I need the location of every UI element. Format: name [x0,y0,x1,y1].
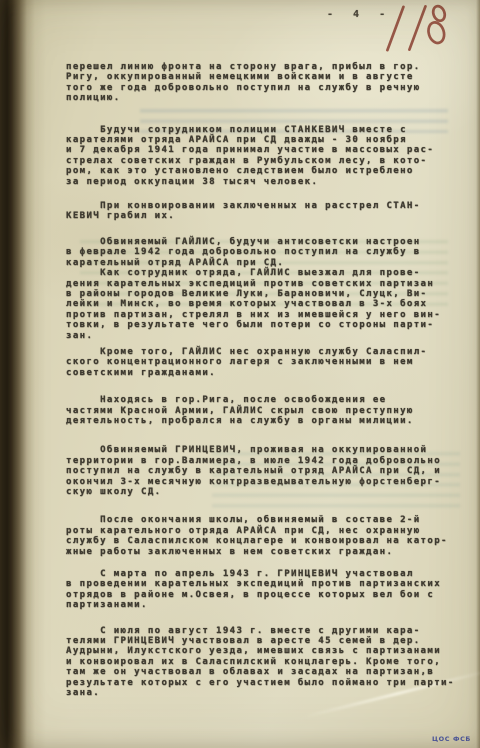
paragraph-8: Обвиняемый ГРИНЦЕВИЧ, проживая на оккупи… [66,445,471,497]
handwritten-page-number: 118 [375,0,459,60]
paragraph-7: Находясь в гор.Рига, после освобождения … [66,395,471,426]
paragraph-9: После окончания школы, обвиняемый в сост… [66,515,471,557]
paragraph-1: перешел линию фронта на сторону врага, п… [66,62,471,104]
archive-stamp: ЦОС ФСБ [432,735,471,743]
paragraph-6: Кроме того, ГАЙЛИС нес охранную службу С… [66,347,471,378]
document-body: перешел линию фронта на сторону врага, п… [66,62,471,699]
paragraph-2: Будучи сотрудником полиции СТАНКЕВИЧ вме… [66,125,471,187]
paragraph-4: Обвиняемый ГАЙЛИС, будучи антисоветски н… [66,237,471,268]
handwritten-digits-strokes [375,0,459,60]
paragraph-5: Как сотрудник отряда, ГАЙЛИС выезжал для… [66,268,471,341]
paragraph-10: С марта по апрель 1943 г. ГРИНЦЕВИЧ учас… [66,569,471,611]
scanned-document-page: - 4 - 118 перешел линию фронта на сторон… [0,0,480,748]
paragraph-11: С июля по август 1943 г. вместе с другим… [66,626,471,699]
book-binding-edge [0,0,46,748]
paragraph-3: При конвоировании заключенных на расстре… [66,201,471,222]
page-right-edge [476,0,480,748]
